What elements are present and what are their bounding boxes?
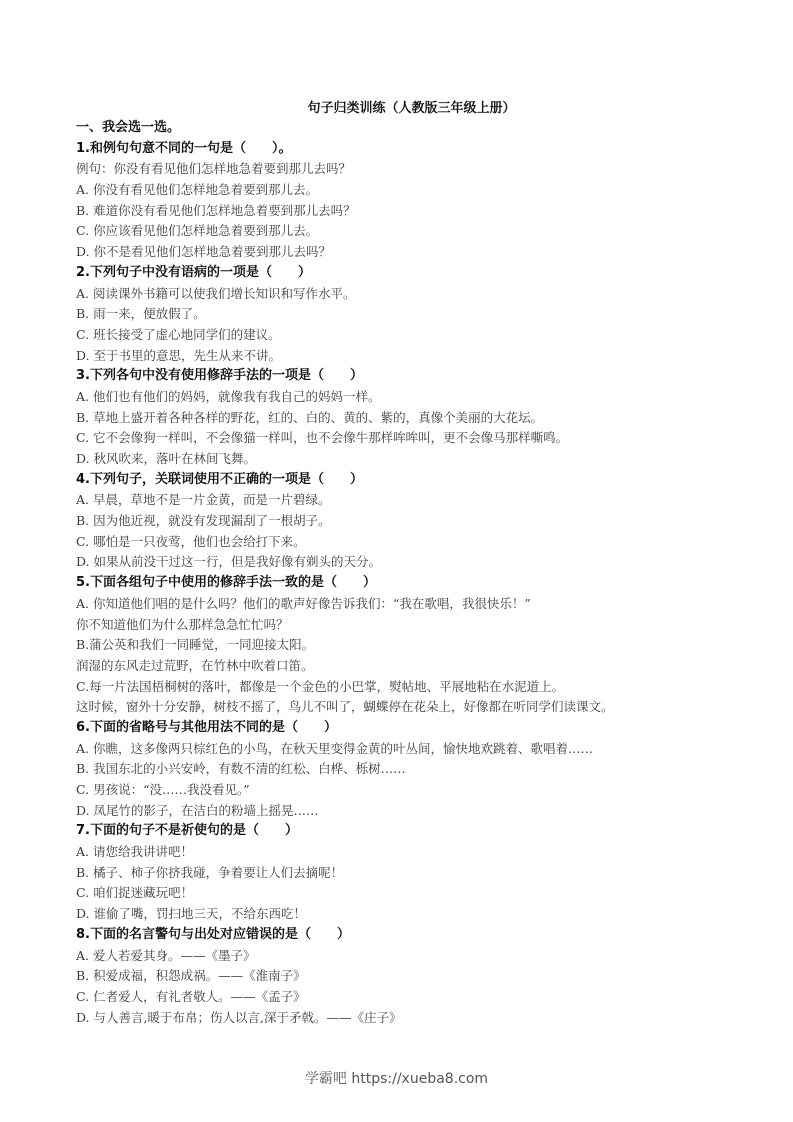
option-d: D. 如果从前没干过这一行，但是我好像有剃头的天分。: [76, 552, 736, 573]
option-a: A. 爱人若爱其身。——《墨子》: [76, 946, 736, 967]
question-7: 7.下面的句子不是祈使句的是（ ） A. 请您给我讲讲吧！ B. 橘子、柿子你挤…: [76, 821, 736, 924]
option-d: D. 谁偷了嘴，罚扫地三天，不给东西吃！: [76, 904, 736, 925]
example-sentence: 例句：你没有看见他们怎样地急着要到那儿去吗？: [76, 159, 736, 180]
question-stem: 7.下面的句子不是祈使句的是（ ）: [76, 821, 736, 842]
option-a: A. 你没有看见他们怎样地急着要到那儿去。: [76, 180, 736, 201]
option-a: A. 阅读课外书籍可以使我们增长知识和写作水平。: [76, 284, 736, 305]
option-b: B.蒲公英和我们一同睡觉，一同迎接太阳。: [76, 635, 736, 656]
watermark-footer: 学霸吧 https://xueba8.com: [0, 1068, 793, 1088]
option-b: B. 草地上盛开着各种各样的野花，红的、白的、黄的、紫的，真像个美丽的大花坛。: [76, 408, 736, 429]
question-stem: 5.下面各组句子中使用的修辞手法一致的是（ ）: [76, 573, 736, 594]
document-content: 一、我会选一选。 1.和例句句意不同的一句是（ ）。 例句：你没有看见他们怎样地…: [76, 118, 736, 1028]
option-d: D. 凤尾竹的影子，在洁白的粉墙上摇晃……: [76, 801, 736, 822]
question-stem: 3.下列各句中没有使用修辞手法的一项是（ ）: [76, 366, 736, 387]
option-a: A. 他们也有他们的妈妈，就像我有我自己的妈妈一样。: [76, 387, 736, 408]
option-b: B. 雨一来，便放假了。: [76, 304, 736, 325]
option-a: A. 请您给我讲讲吧！: [76, 842, 736, 863]
option-b-second-line: 润湿的东风走过荒野，在竹林中吹着口笛。: [76, 656, 736, 677]
option-b: B. 我国东北的小兴安岭，有数不清的红松、白桦、栎树……: [76, 759, 736, 780]
question-stem: 2.下列句子中没有语病的一项是（ ）: [76, 263, 736, 284]
option-c: C. 哪怕是一只夜莺，他们也会给打下来。: [76, 532, 736, 553]
section-heading: 一、我会选一选。: [76, 118, 736, 139]
option-b: B. 难道你没有看见他们怎样地急着要到那儿去吗？: [76, 201, 736, 222]
option-d: D. 秋风吹来，落叶在林间飞舞。: [76, 449, 736, 470]
question-6: 6.下面的省略号与其他用法不同的是（ ） A. 你瞧，这多像两只棕红色的小鸟，在…: [76, 718, 736, 821]
question-2: 2.下列句子中没有语病的一项是（ ） A. 阅读课外书籍可以使我们增长知识和写作…: [76, 263, 736, 366]
question-stem: 4.下列句子，关联词使用不正确的一项是（ ）: [76, 470, 736, 491]
option-c: C. 仁者爱人，有礼者敬人。——《孟子》: [76, 987, 736, 1008]
option-c-second-line: 这时候，窗外十分安静，树枝不摇了，鸟儿不叫了，蝴蝶停在花朵上，好像都在听同学们读…: [76, 697, 736, 718]
option-c: C. 它不会像狗一样叫，不会像猫一样叫，也不会像牛那样哞哞叫，更不会像马那样嘶鸣…: [76, 428, 736, 449]
option-a: A. 你瞧，这多像两只棕红色的小鸟，在秋天里变得金黄的叶丛间，愉快地欢跳着、歌唱…: [76, 739, 736, 760]
option-b: B. 因为他近视，就没有发现漏刮了一根胡子。: [76, 511, 736, 532]
option-a: A. 早晨，草地不是一片金黄，而是一片碧绿。: [76, 490, 736, 511]
page-title: 句子归类训练（人教版三年级上册）: [0, 97, 793, 116]
question-5: 5.下面各组句子中使用的修辞手法一致的是（ ） A. 你知道他们唱的是什么吗？他…: [76, 573, 736, 718]
question-stem: 1.和例句句意不同的一句是（ ）。: [76, 139, 736, 160]
question-8: 8.下面的名言警句与出处对应错误的是（ ） A. 爱人若爱其身。——《墨子》 B…: [76, 925, 736, 1028]
option-c: C. 咱们捉迷藏玩吧！: [76, 883, 736, 904]
question-4: 4.下列句子，关联词使用不正确的一项是（ ） A. 早晨，草地不是一片金黄，而是…: [76, 470, 736, 573]
question-1: 1.和例句句意不同的一句是（ ）。 例句：你没有看见他们怎样地急着要到那儿去吗？…: [76, 139, 736, 263]
option-c: C.每一片法国梧桐树的落叶，都像是一个金色的小巴掌，熨帖地、平展地粘在水泥道上。: [76, 677, 736, 698]
question-3: 3.下列各句中没有使用修辞手法的一项是（ ） A. 他们也有他们的妈妈，就像我有…: [76, 366, 736, 469]
option-c: C. 你应该看见他们怎样地急着要到那儿去。: [76, 221, 736, 242]
question-stem: 8.下面的名言警句与出处对应错误的是（ ）: [76, 925, 736, 946]
option-a-second-line: 你不知道他们为什么那样急急忙忙吗？: [76, 615, 736, 636]
option-c: C. 男孩说：“没……我没看见。”: [76, 780, 736, 801]
option-d: D. 你不是看见他们怎样地急着要到那儿去吗？: [76, 242, 736, 263]
option-d: D. 与人善言,暖于布帛；伤人以言,深于矛戟。——《庄子》: [76, 1008, 736, 1029]
option-c: C. 班长接受了虚心地同学们的建议。: [76, 325, 736, 346]
question-stem: 6.下面的省略号与其他用法不同的是（ ）: [76, 718, 736, 739]
option-d: D. 至于书里的意思，先生从来不讲。: [76, 346, 736, 367]
document-page: 句子归类训练（人教版三年级上册） 一、我会选一选。 1.和例句句意不同的一句是（…: [0, 0, 793, 1122]
option-a: A. 你知道他们唱的是什么吗？他们的歌声好像告诉我们：“我在歌唱，我很快乐！”: [76, 594, 736, 615]
option-b: B. 橘子、柿子你挤我碰，争着要让人们去摘呢！: [76, 863, 736, 884]
option-b: B. 积爱成福，积怨成祸。——《淮南子》: [76, 966, 736, 987]
